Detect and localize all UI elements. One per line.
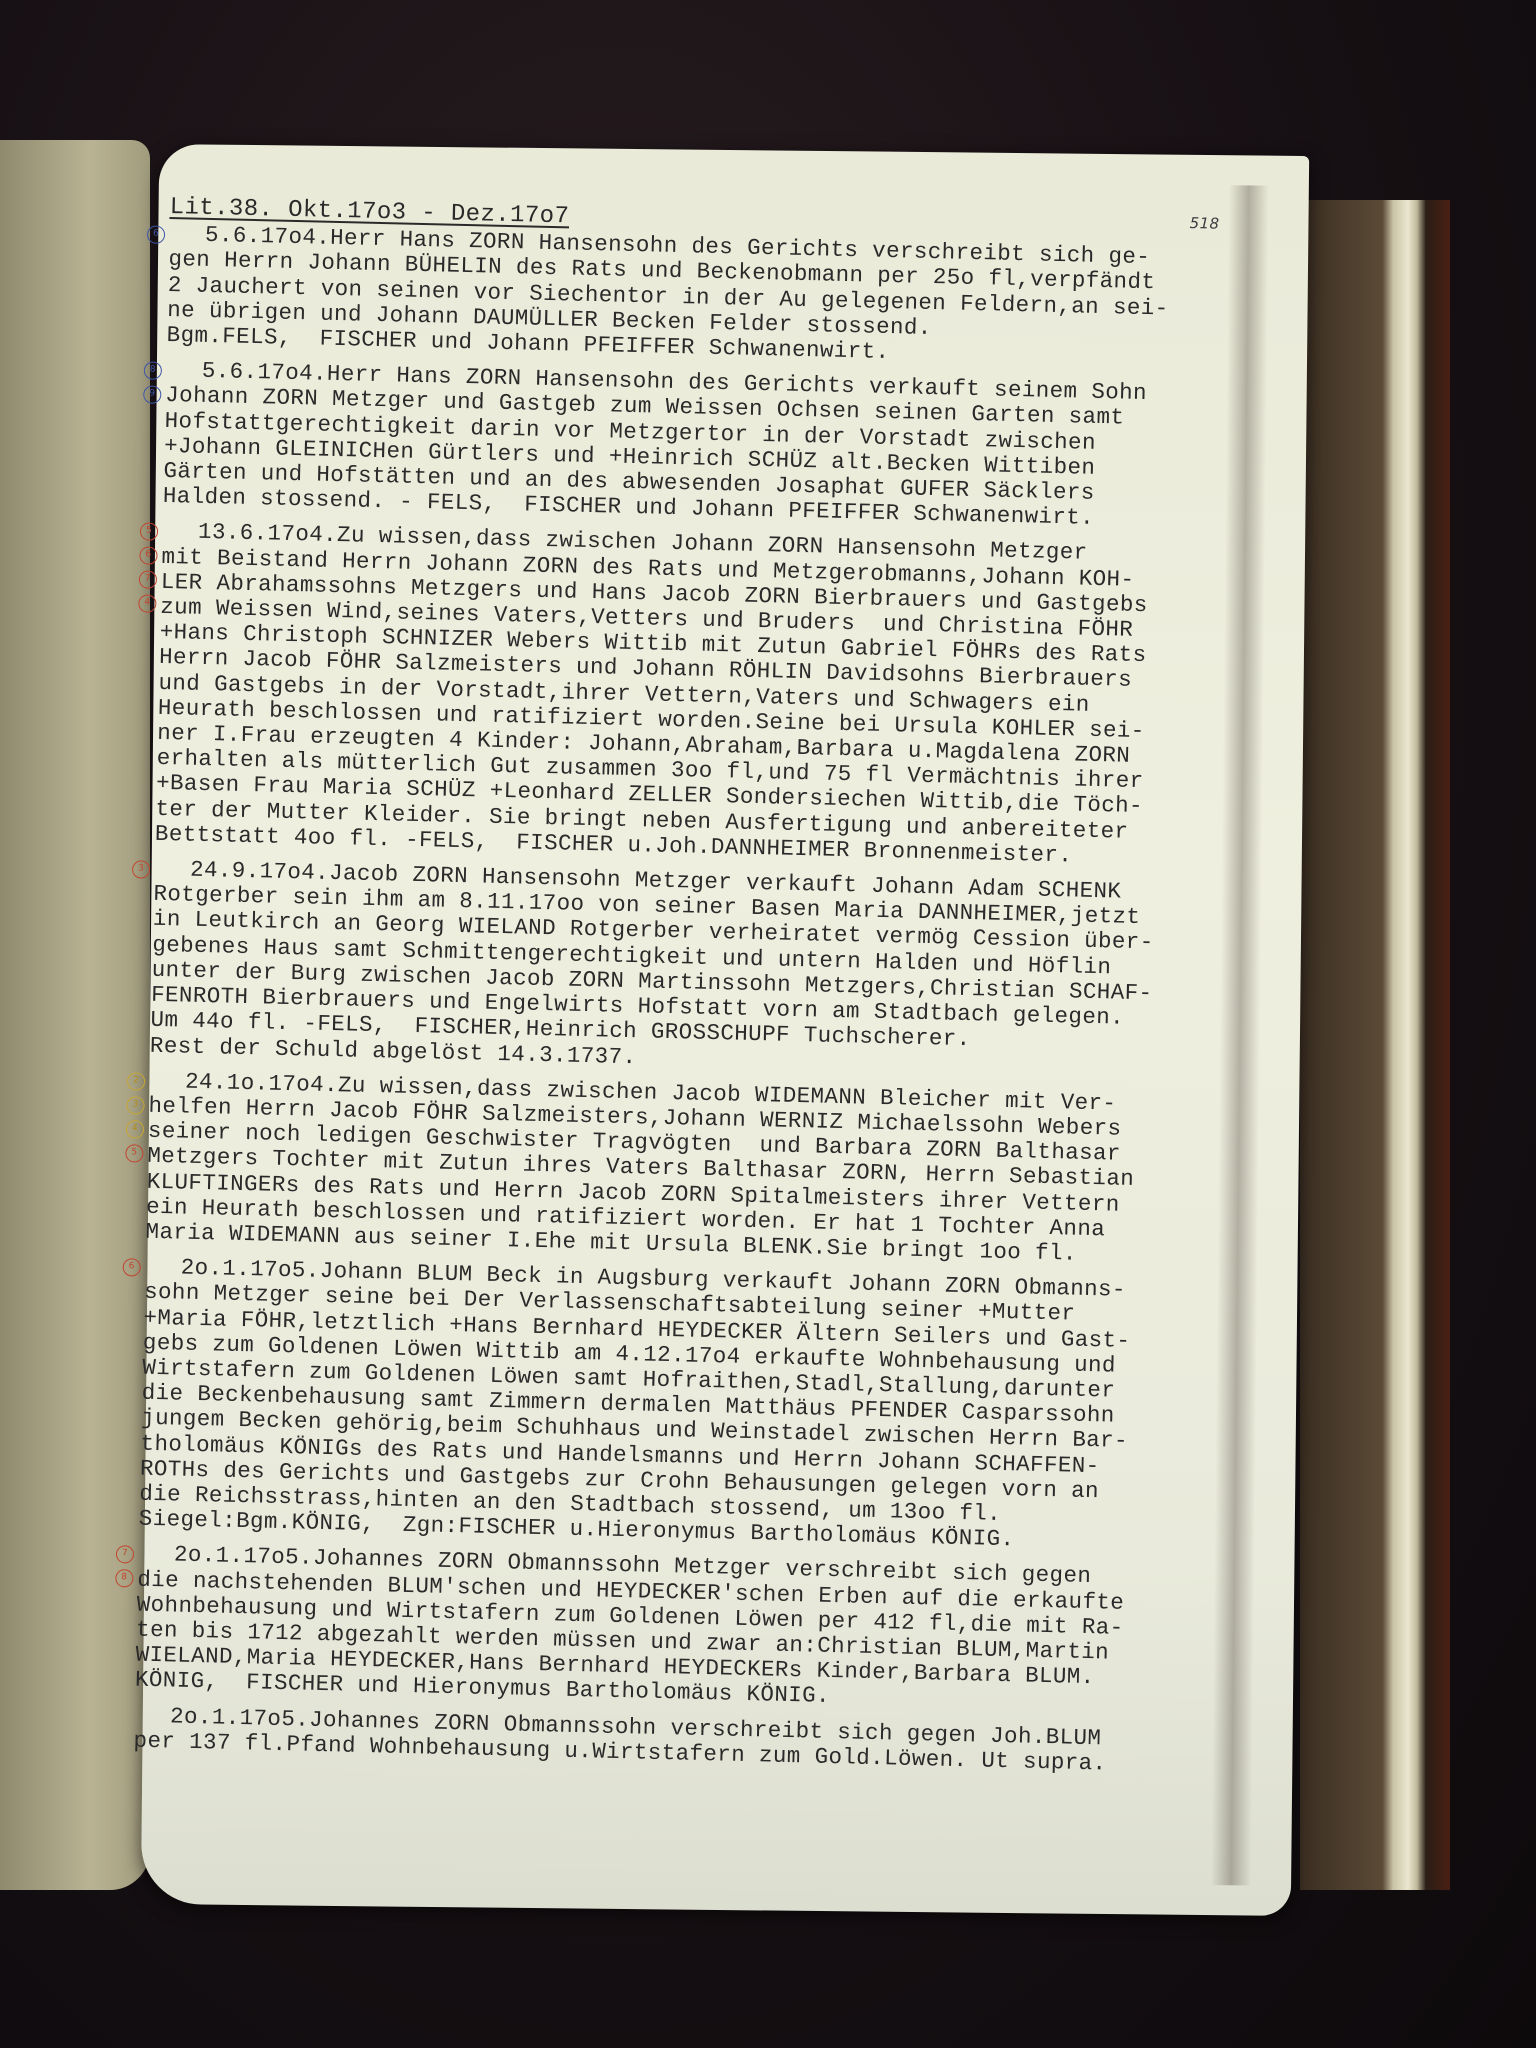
document-body: Lit.38. Okt.17o3 - Dez.17o7 518 65.6.17o… xyxy=(133,195,1270,1789)
register-entry: 65.6.17o4.Herr Hans ZORN Hansensohn des … xyxy=(166,222,1269,374)
register-entry: 782o.1.17o5.Johannes ZORN Obmannssohn Me… xyxy=(135,1542,1238,1719)
register-entry: 567413.6.17o4.Zu wissen,dass zwischen Jo… xyxy=(155,519,1262,872)
book-page-edges xyxy=(1300,200,1450,1890)
register-entry: 324.9.17o4.Jacob ZORN Hansensohn Metzger… xyxy=(150,857,1254,1084)
register-entry: 62o.1.17o5.Johann BLUM Beck in Augsburg … xyxy=(138,1255,1244,1558)
margin-annotation-icon: 4 xyxy=(126,1120,144,1138)
register-entry: 234524.1o.17o4.Zu wissen,dass zwischen J… xyxy=(145,1068,1249,1270)
margin-annotation-icon: 3 xyxy=(126,1096,144,1114)
margin-annotation-icon: 5 xyxy=(125,1144,143,1162)
left-book-page xyxy=(0,140,150,1890)
margin-annotation-icon: 2 xyxy=(127,1072,145,1090)
entries-list: 65.6.17o4.Herr Hans ZORN Hansensohn des … xyxy=(133,222,1269,1779)
page-number: 518 xyxy=(1189,211,1219,237)
register-entry: 895.6.17o4.Herr Hans ZORN Hansensohn des… xyxy=(163,358,1266,535)
